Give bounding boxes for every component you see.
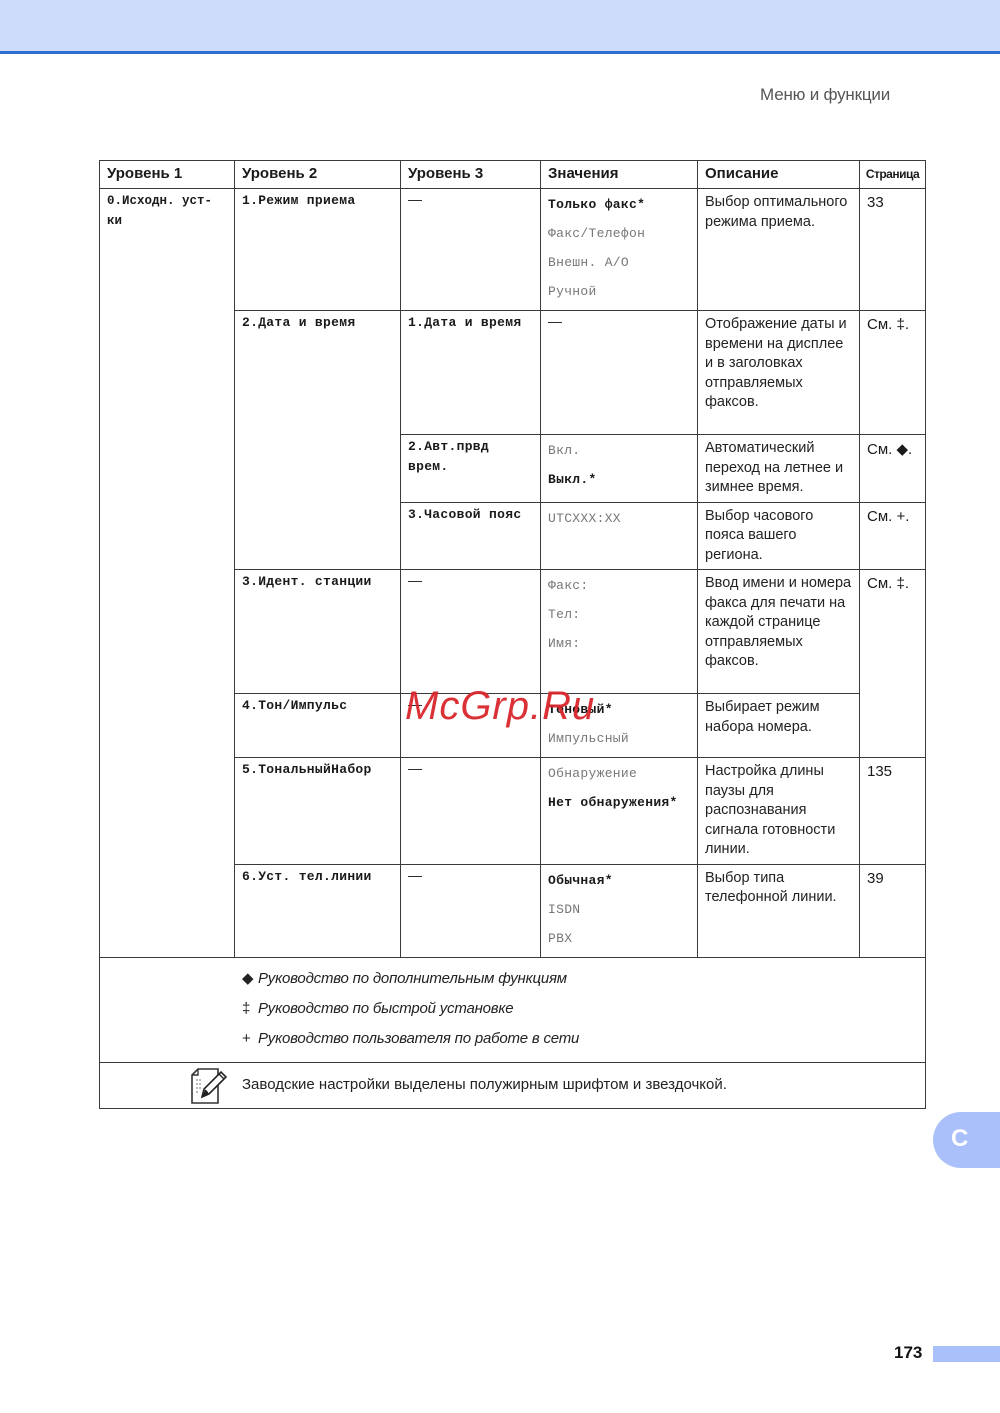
page-number-bar — [933, 1346, 1000, 1362]
value-option: Тел: — [548, 600, 690, 629]
level2-cell: 3.Идент. станции — [235, 570, 401, 694]
description-cell: Автоматический переход на летнее и зимне… — [698, 435, 860, 503]
values-cell: Только факс* Факс/Телефон Внешн. А/О Руч… — [541, 189, 698, 311]
page-cell: 33 — [860, 189, 926, 311]
value-option: ISDN — [548, 895, 690, 924]
level3-cell: — — [401, 694, 541, 758]
header-values: Значения — [541, 161, 698, 189]
value-option: Только факс* — [548, 190, 690, 219]
values-cell: — — [541, 311, 698, 435]
header-page: Страница — [860, 161, 926, 189]
description-cell: Выбор типа телефонной линии. — [698, 864, 860, 957]
level1-cell: 0.Исходн. уст-ки — [100, 189, 235, 958]
table-row: 0.Исходн. уст-ки 1.Режим приема — Только… — [100, 189, 926, 311]
page-number: 173 — [894, 1343, 922, 1363]
level3-cell: — — [401, 570, 541, 694]
value-option: Импульсный — [548, 724, 690, 753]
description-cell: Выбор оптимального режима приема. — [698, 189, 860, 311]
header-level1: Уровень 1 — [100, 161, 235, 189]
level2-cell: 6.Уст. тел.линии — [235, 864, 401, 957]
values-cell: Обычная* ISDN PBX — [541, 864, 698, 957]
values-cell: Вкл. Выкл.* — [541, 435, 698, 503]
level3-cell: — — [401, 758, 541, 865]
menu-table: Уровень 1 Уровень 2 Уровень 3 Значения О… — [99, 160, 926, 1109]
notes-cell: ◆Руководство по дополнительным функциям … — [100, 957, 926, 1062]
double-dagger-icon: ‡ — [242, 994, 258, 1024]
value-option: Ручной — [548, 277, 690, 306]
values-cell: Обнаружение Нет обнаружения* — [541, 758, 698, 865]
level2-cell: 1.Режим приема — [235, 189, 401, 311]
page-cell: 135 — [860, 758, 926, 865]
page-cell: См. ◆. — [860, 435, 926, 503]
appendix-tab: C — [933, 1112, 1000, 1168]
page-cell: См. ‡. — [860, 311, 926, 435]
description-cell: Настройка длины паузы для распознавания … — [698, 758, 860, 865]
note-advanced-guide: ◆Руководство по дополнительным функциям — [242, 964, 925, 994]
value-option: PBX — [548, 924, 690, 953]
plus-icon: + — [242, 1024, 258, 1054]
values-cell: Факс: Тел: Имя: — [541, 570, 698, 694]
level2-cell: 4.Тон/Импульс — [235, 694, 401, 758]
header-band — [0, 0, 1000, 54]
description-cell: Выбор часового пояса вашего региона. — [698, 502, 860, 570]
level3-cell: — — [401, 189, 541, 311]
diamond-icon: ◆ — [242, 964, 258, 994]
value-option: UTCXXX:XX — [548, 504, 690, 533]
values-cell: UTCXXX:XX — [541, 502, 698, 570]
description-cell: Выбирает режим набора номера. — [698, 694, 860, 758]
value-option: Выкл.* — [548, 465, 690, 494]
value-option: Факс: — [548, 571, 690, 600]
value-option: Тоновый* — [548, 695, 690, 724]
page-cell: См. +. — [860, 502, 926, 570]
value-option: Обычная* — [548, 866, 690, 895]
running-title: Меню и функции — [760, 85, 890, 105]
note-network-guide: +Руководство пользователя по работе в се… — [242, 1024, 925, 1054]
notes-row: ◆Руководство по дополнительным функциям … — [100, 957, 926, 1062]
value-option: Нет обнаружения* — [548, 788, 690, 817]
level3-cell: 3.Часовой пояс — [401, 502, 541, 570]
value-option: Имя: — [548, 629, 690, 658]
note-quick-setup-guide: ‡Руководство по быстрой установке — [242, 994, 925, 1024]
description-cell: Отображение даты и времени на дисплее и … — [698, 311, 860, 435]
header-description: Описание — [698, 161, 860, 189]
value-option: Факс/Телефон — [548, 219, 690, 248]
note-pencil-icon — [188, 1067, 228, 1105]
factory-settings-note: Заводские настройки выделены полужирным … — [242, 1076, 727, 1093]
page-cell: См. ‡. — [860, 570, 926, 758]
values-cell: Тоновый* Импульсный — [541, 694, 698, 758]
factory-note-row: Заводские настройки выделены полужирным … — [100, 1062, 926, 1108]
header-level3: Уровень 3 — [401, 161, 541, 189]
description-cell: Ввод имени и номера факса для печати на … — [698, 570, 860, 694]
level3-cell: 2.Авт.првд врем. — [401, 435, 541, 503]
value-option: Вкл. — [548, 436, 690, 465]
value-option: Обнаружение — [548, 759, 690, 788]
table-header-row: Уровень 1 Уровень 2 Уровень 3 Значения О… — [100, 161, 926, 189]
page-cell: 39 — [860, 864, 926, 957]
level2-cell: 2.Дата и время — [235, 311, 401, 570]
level3-cell: — — [401, 864, 541, 957]
header-level2: Уровень 2 — [235, 161, 401, 189]
level3-cell: 1.Дата и время — [401, 311, 541, 435]
value-option: Внешн. А/О — [548, 248, 690, 277]
level2-cell: 5.ТональныйНабор — [235, 758, 401, 865]
factory-note-cell: Заводские настройки выделены полужирным … — [100, 1062, 926, 1108]
